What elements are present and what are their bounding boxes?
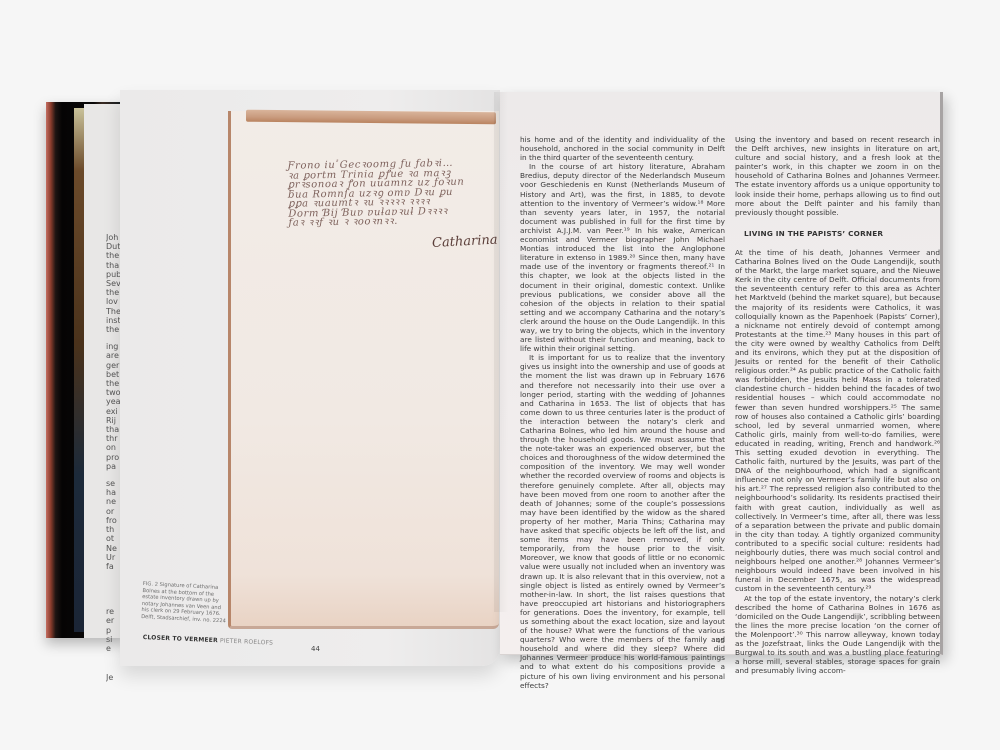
intro-paragraph: Using the inventory and based on recent … — [735, 135, 940, 217]
body-paragraph: In the course of art history literature,… — [520, 162, 725, 353]
page-number-left: 44 — [311, 645, 320, 653]
handwritten-inventory-text: Ƒrono iuⷶ Gecꝛoomg ƒu ƒabꝛi…ꝛa ꝑortm Tri… — [287, 158, 488, 228]
text-column-1: his home and of the identity and individ… — [520, 135, 725, 690]
text-fragment: Je — [106, 673, 122, 682]
body-paragraph: At the top of the estate inventory, the … — [735, 594, 940, 676]
book-spine-image-strip — [74, 108, 84, 632]
body-paragraph: his home and of the identity and individ… — [520, 135, 725, 162]
figure-caption: FIG. 2 Signature of Catharina Bolnes at … — [141, 581, 228, 625]
body-paragraph: At the time of his death, Johannes Verme… — [735, 248, 940, 594]
open-book-scene: JohDutthethapubSevthelovTheinstthe ingar… — [0, 0, 1000, 750]
section-heading: LIVING IN THE PAPISTS’ CORNER — [744, 229, 940, 238]
page-number-right: 45 — [716, 637, 725, 645]
book-gutter-shadow — [494, 92, 514, 612]
body-paragraph: It is important for us to realize that t… — [520, 353, 725, 689]
text-column-2: Using the inventory and based on recent … — [735, 135, 940, 675]
